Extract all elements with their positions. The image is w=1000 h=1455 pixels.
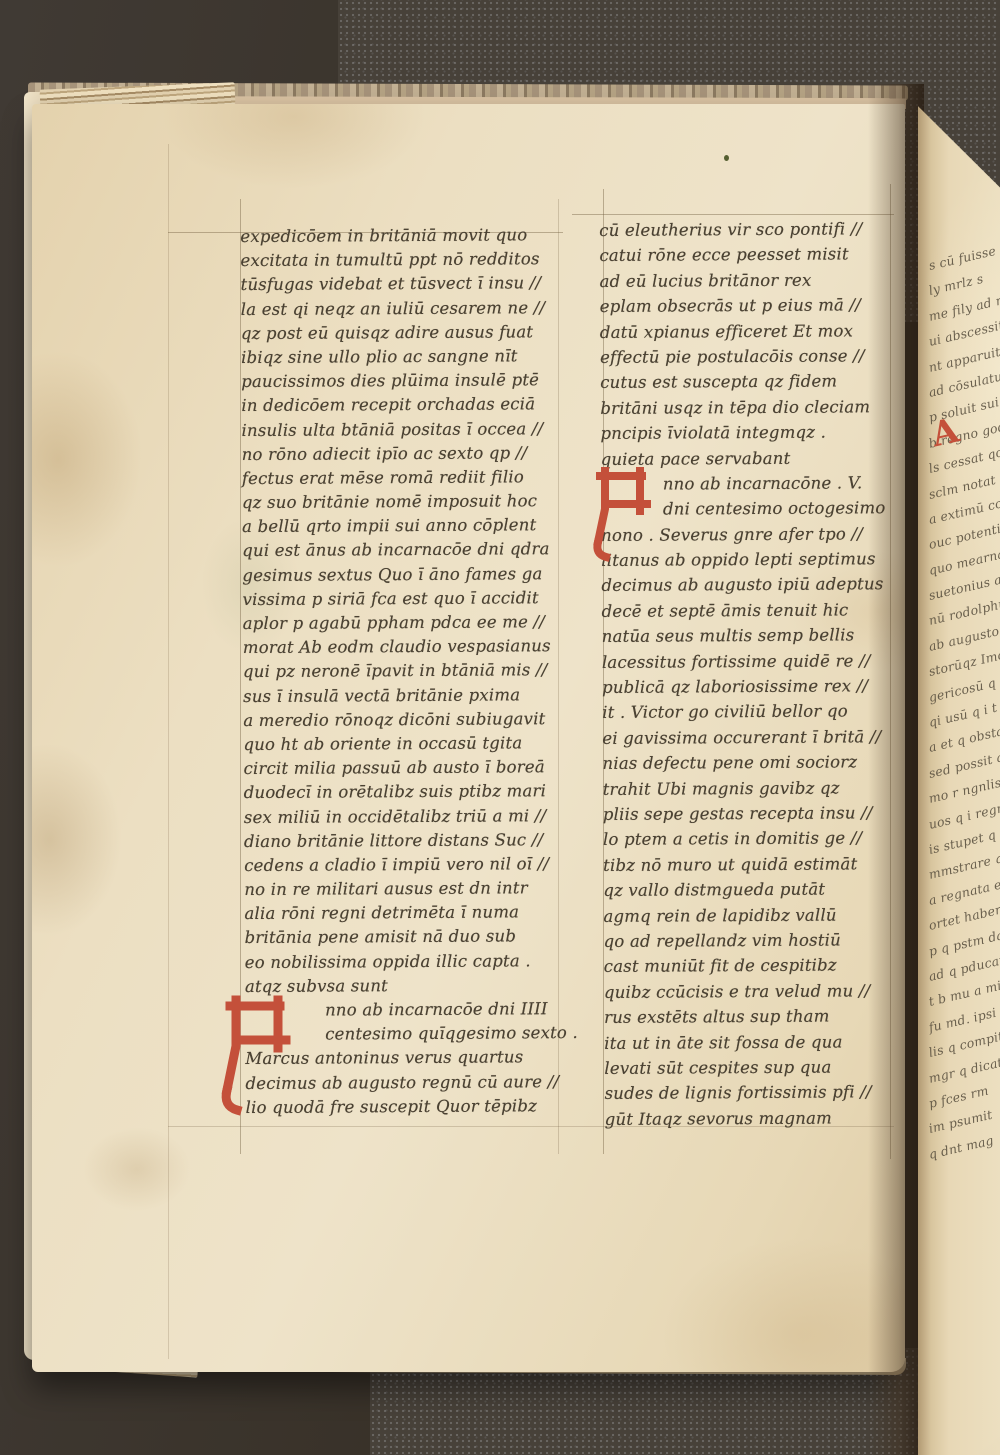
manuscript-text-line: effectū pie postulacōis conse //: [600, 346, 905, 373]
manuscript-text-line: sex miliū in occidētalibz triū a mi //: [244, 805, 589, 831]
manuscript-text-line: decē et septē āmis tenuit hic: [602, 600, 907, 627]
manuscript-text-line: quo ht ab oriente in occasū tgita: [243, 733, 588, 759]
manuscript-text-line: trahit Ubi magnis gavibz qz: [603, 778, 908, 805]
manuscript-text-line: britāni usqz in tēpa dio cleciam: [600, 397, 905, 424]
manuscript-text-line: fectus erat mēse romā rediit filio: [242, 467, 587, 493]
manuscript-text-line: decimus ab augusto regnū cū aure //: [245, 1072, 590, 1098]
manuscript-text-line: qz post eū quisqz adire ausus fuat: [241, 322, 586, 348]
manuscript-text-line: qz suo britānie nomē imposuit hoc: [242, 491, 587, 517]
manuscript-text-line: no in re militari ausus est dn intr: [244, 878, 589, 904]
manuscript-text-line: it . Victor go civiliū bellor qo: [602, 701, 907, 728]
manuscript-page-verso: expedicōem in britāniā movit quoexcitata…: [32, 104, 905, 1372]
manuscript-text-line: catui rōne ecce peesset misit: [599, 244, 904, 271]
manuscript-text-line: excitata in tumultū ppt nō redditos: [240, 249, 585, 275]
manuscript-text-line: no rōno adiecit ipīo ac sexto qp //: [242, 443, 587, 469]
ink-speck: [724, 155, 729, 161]
manuscript-text-line: lo ptem a cetis in domitis ge //: [603, 828, 908, 855]
manuscript-text-line: insulis ulta btāniā positas ī occea //: [241, 418, 586, 444]
manuscript-text-line: agmq rein de lapidibz vallū: [603, 905, 908, 932]
manuscript-text-line: publicā qz laboriosissime rex //: [602, 676, 907, 703]
manuscript-text-line: paucissimos dies plūima insulē ptē: [241, 370, 586, 396]
manuscript-text-line: eplam obsecrās ut p eius mā //: [600, 295, 905, 322]
manuscript-text-line: rus exstēts altus sup tham: [604, 1006, 909, 1033]
manuscript-text-line: pliis sepe gestas recepta insu //: [603, 803, 908, 830]
paragraph-rubricated: nno ab incarnacōe dni IIIIcentesimo quīq…: [245, 999, 591, 1122]
manuscript-text-line: cast muniūt fit de cespitibz: [604, 955, 909, 982]
manuscript-text-line: atqz subvsa sunt: [245, 975, 590, 1001]
manuscript-text-line: a meredio rōnoqz dicōni subiugavit: [243, 709, 588, 735]
photo-backdrop: expedicōem in britāniā movit quoexcitata…: [0, 0, 1000, 1455]
rubricated-initial-a-icon: [220, 994, 294, 1122]
manuscript-text-line: cū eleutherius vir sco pontifi //: [599, 219, 904, 246]
manuscript-text-line: ibiqz sine ullo plio ac sangne nīt: [241, 346, 586, 372]
manuscript-text-line: aplor p agabū ppham pdca ee me //: [243, 612, 588, 638]
manuscript-text-line: cutus est suscepta qz fidem: [600, 371, 905, 398]
manuscript-text-line: qo ad repellandz vim hostiū: [604, 930, 909, 957]
manuscript-text-line: duodecī in orētalibz suis ptibz mari: [244, 781, 589, 807]
manuscript-text-line: datū xpianus efficeret Et mox: [600, 321, 905, 348]
manuscript-text-line: qui pz neronē īpavit in btāniā mis //: [243, 660, 588, 686]
manuscript-text-line: vissima p siriā fca est quo ī accidit: [242, 588, 587, 614]
manuscript-text-line: sus ī insulā vectā britānie pxima: [243, 685, 588, 711]
manuscript-text-line: levati sūt cespites sup qua: [604, 1057, 909, 1084]
manuscript-text-line: gūt Itaqz sevorus magnam: [605, 1108, 910, 1135]
manuscript-text-line: Marcus antoninus verus quartus: [245, 1047, 590, 1073]
facing-page-text-fragments: s cū fuisse qly mrlz sme fily ad rui abs…: [930, 258, 1000, 1172]
text-column-a: expedicōem in britāniā movit quoexcitata…: [240, 225, 590, 1122]
manuscript-text-line: britānia pene amisit nā duo sub: [245, 926, 590, 952]
manuscript-text-line: la est qi neqz an iuliū cesarem ne //: [241, 298, 586, 324]
manuscript-text-line: eo nobilissima oppida illic capta .: [245, 951, 590, 977]
manuscript-text-line: tibz nō muro ut quidā estimāt: [603, 854, 908, 881]
manuscript-text-line: nno ab incarnacōe dni IIII: [245, 999, 590, 1025]
manuscript-text-line: circit milia passuū ab austo ī boreā: [244, 757, 589, 783]
ruling-margin-vertical: [168, 144, 169, 1359]
paragraph: cū eleutherius vir sco pontifi //catui r…: [599, 219, 906, 475]
manuscript-text-line: decimus ab augusto ipiū adeptus: [601, 575, 906, 602]
manuscript-text-line: lio quodā fre suscepit Quor tēpibz: [246, 1096, 591, 1122]
text-column-b: cū eleutherius vir sco pontifi //catui r…: [599, 219, 910, 1135]
manuscript-text-line: alia rōni regni detrimēta ī numa: [244, 902, 589, 928]
manuscript-text-line: quibz ccūcisis e tra velud mu //: [604, 981, 909, 1008]
manuscript-text-line: centesimo quīqgesimo sexto .: [245, 1023, 590, 1049]
paragraph-rubricated: nno ab incarnacōne . V.dni centesimo oct…: [601, 473, 910, 1135]
manuscript-text-line: ita ut in āte sit fossa de qua: [604, 1032, 909, 1059]
ruling-top-column-b: [572, 214, 894, 215]
manuscript-text-line: pncipis īviolatā integmqz .: [600, 422, 905, 449]
manuscript-text-line: qz vallo distmgueda putāt: [603, 879, 908, 906]
manuscript-text-line: ad eū lucius britānor rex: [600, 270, 905, 297]
manuscript-text-line: lacessitus fortissime quidē re //: [602, 651, 907, 678]
manuscript-text-line: a bellū qrto impii sui anno cōplent: [242, 515, 587, 541]
manuscript-text-line: nias defectu pene omi sociorz: [602, 752, 907, 779]
manuscript-text-line: natūa seus multis semp bellis: [602, 625, 907, 652]
manuscript-text-line: in dedicōem recepit orchadas eciā: [241, 394, 586, 420]
manuscript-text-line: qui est ānus ab incarnacōe dni qdra: [242, 539, 587, 565]
paragraph: expedicōem in britāniā movit quoexcitata…: [240, 225, 590, 1001]
manuscript-text-line: diano britānie littore distans Suc //: [244, 830, 589, 856]
manuscript-text-line: ei gavissima occurerant ī britā //: [602, 727, 907, 754]
manuscript-text-line: gesimus sextus Quo ī āno fames ga: [242, 564, 587, 590]
facing-page-fore-edge: s cū fuisse qly mrlz sme fily ad rui abs…: [918, 98, 1000, 1455]
manuscript-text-line: morat Ab eodm claudio vespasianus: [243, 636, 588, 662]
gutter-shadow: [868, 84, 924, 1455]
manuscript-text-line: cedens a cladio ī impiū vero nil oī //: [244, 854, 589, 880]
manuscript-text-line: sudes de lignis fortissimis pfi //: [604, 1082, 909, 1109]
manuscript-text-line: tūsfugas videbat et tūsvect ī insu //: [241, 273, 586, 299]
manuscript-text-line: expedicōem in britāniā movit quo: [240, 225, 585, 251]
rubricated-initial-a-icon: [592, 466, 652, 566]
